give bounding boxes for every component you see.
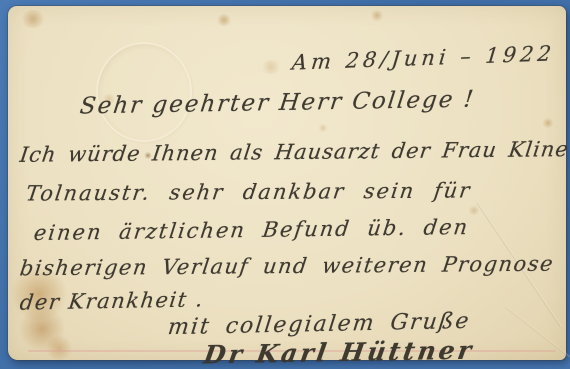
foxing-stain <box>542 118 554 128</box>
foxing-stain <box>20 10 46 28</box>
body-line: einen ärztlichen Befund üb. den <box>33 215 471 245</box>
foxing-stain <box>260 60 282 74</box>
crease-line <box>505 306 570 369</box>
foxing-stain <box>370 10 384 21</box>
postcard: Am 28/Juni – 1922 Sehr geehrter Herr Col… <box>8 6 566 360</box>
signature-line: Dr Karl Hüttner <box>202 336 477 369</box>
foxing-stain <box>216 14 232 26</box>
foxing-stain <box>44 336 74 360</box>
foxing-stain <box>318 124 328 132</box>
salutation-line: Sehr geehrter Herr College ! <box>78 87 476 120</box>
date-line: Am 28/Juni – 1922 <box>291 41 556 74</box>
postcard-scan: Am 28/Juni – 1922 Sehr geehrter Herr Col… <box>0 0 570 369</box>
body-line: Tolnaustr. sehr dankbar sein für <box>24 178 473 205</box>
foxing-stain <box>468 206 480 215</box>
body-line: der Krankheit . <box>19 287 206 314</box>
body-line: bisherigen Verlauf und weiteren Prognose <box>18 252 555 281</box>
body-line: Ich würde Ihnen als Hausarzt der Frau Kl… <box>18 137 570 167</box>
